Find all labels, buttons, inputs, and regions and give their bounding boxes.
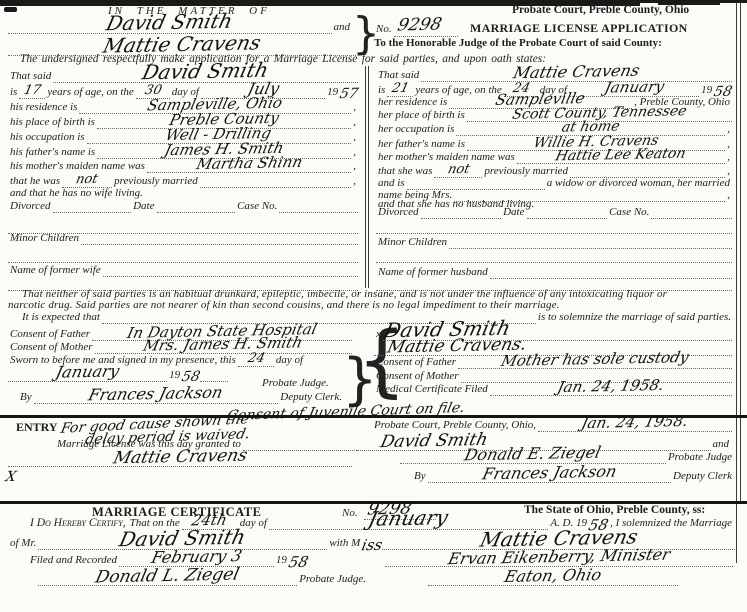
by-label-left: By	[18, 391, 34, 404]
certificate-probate-judge-label: Probate Judge.	[297, 573, 368, 586]
clerk-sig-field-left: Frances Jackson	[34, 389, 279, 404]
bride-name-handwriting: Mattie Cravens	[102, 37, 261, 50]
entry-probate-judge-label: Probate Judge	[666, 451, 734, 464]
license-no-value: 9298	[398, 17, 441, 35]
scanned-marriage-license-document: IN THE MATTER OF David Smith and Mattie …	[0, 0, 747, 612]
entry-deputy-clerk-label: Deputy Clerk	[671, 470, 734, 483]
bride-date-label: Date	[501, 206, 526, 219]
comma: ,	[351, 131, 358, 144]
consent-mother-left-handwriting: Mrs. James H. Smith	[143, 337, 304, 350]
bride-age-field: 21	[387, 83, 413, 97]
sworn-month-field: January	[8, 367, 167, 382]
entry-bride-handwriting: Mattie Cravens	[112, 451, 248, 464]
bride-prev-married-handwriting: not	[446, 165, 470, 175]
groom-name-handwriting: David Smith	[106, 16, 234, 29]
groom-that-said-row: That said David Smith	[8, 66, 358, 83]
bride-father-label: her father's name is	[376, 138, 467, 151]
certificate-judge-signature: Donald L. Ziegel	[95, 570, 240, 583]
groom-name-field-2: David Smith	[53, 66, 358, 83]
groom-former-wife-field	[103, 275, 358, 277]
medical-certificate-row: Medical Certificate Filed Jan. 24, 1958.	[374, 383, 732, 396]
comma: ,	[351, 116, 358, 129]
minister-signature: Ervan Eikenberry, Minister	[447, 550, 671, 565]
groom-mother-row: his mother's maiden name was Martha Shin…	[8, 160, 358, 173]
bride-caseno-field	[651, 217, 732, 219]
bride-blank-line-2	[376, 262, 732, 263]
certificate-judge-field: Donald L. Ziegel	[38, 571, 297, 586]
groom-minor-children-row: Minor Children	[8, 232, 358, 245]
groom-year-printed: 19	[325, 86, 340, 99]
entry-granted-blank-1	[243, 449, 357, 451]
ink-blob	[4, 7, 17, 12]
bride-name-field-2: Mattie Cravens	[421, 67, 732, 82]
bride-month-handwriting: January	[603, 81, 664, 92]
groom-prev-married-handwriting: not	[75, 175, 99, 185]
bride-mother-row: her mother's maiden name was Hattie Lee …	[376, 151, 732, 164]
bride-mother-handwriting: Hattie Lee Keaton	[555, 149, 687, 162]
bride-name-handwriting-2: Mattie Cravens	[513, 66, 641, 79]
sworn-dayof-label: day of	[274, 354, 305, 367]
solemnize-label: is to solemnize the marriage of said par…	[536, 311, 733, 324]
entry-court-label: Probate Court, Preble County, Ohio,	[372, 419, 538, 432]
bride-occupation-handwriting: at home	[561, 121, 621, 132]
groom-divorced-field	[53, 211, 132, 213]
bride-divorced-field	[421, 217, 502, 219]
comma: ,	[725, 151, 732, 164]
groom-residence-label: his residence is	[8, 101, 79, 114]
court-title: Probate Court, Preble County, Ohio	[512, 4, 689, 16]
bride-that-said-label: That said	[376, 69, 421, 82]
groom-is-label: is	[8, 86, 19, 99]
filed-year-handwriting: 58	[288, 557, 309, 567]
comma: ,	[725, 138, 732, 151]
groom-mother-field: Martha Shinn	[147, 158, 351, 173]
consent-father-right-row: Consent of Father Mother has sole custod…	[374, 356, 732, 369]
certificate-place-handwriting: Eaton, Ohio	[504, 570, 603, 582]
filed-label: Filed and Recorded	[28, 554, 119, 567]
license-no-handwriting: 9298	[397, 20, 443, 31]
filed-year-printed: 19	[274, 554, 289, 567]
entry-date-field: Jan. 24, 1958.	[538, 417, 732, 432]
license-no-label: No.	[376, 23, 392, 35]
bride-residence-handwriting: Sampleville	[495, 93, 586, 105]
bride-former-husband-row: Name of former husband	[376, 266, 732, 279]
filed-date-handwriting: February 3	[150, 551, 242, 563]
bride-divorced-label: Divorced	[376, 206, 421, 219]
affidavit-line-2: narcotic drug. Said parties are not near…	[8, 299, 560, 311]
bride-divorced-row: Divorced Date Case No.	[376, 206, 732, 219]
groom-former-wife-row: Name of former wife	[8, 264, 358, 277]
of-mr-label: of Mr.	[8, 537, 38, 550]
comma: ,	[351, 146, 358, 159]
bride-minor-children-label: Minor Children	[376, 236, 449, 249]
groom-date-label: Date	[131, 200, 156, 213]
groom-age-handwriting: 17	[23, 86, 42, 96]
bride-residence-label: her residence is	[376, 96, 449, 109]
consent-mother-left-field: Mrs. James H. Smith	[95, 339, 353, 354]
bride-birthplace-label: her place of birth is	[376, 109, 467, 122]
bride-occupation-label: her occupation is	[376, 123, 456, 136]
entry-x-mark: X	[6, 468, 16, 486]
sworn-month-row: January 19 58	[8, 368, 228, 382]
bride-that-said-row: That said Mattie Cravens	[376, 68, 732, 82]
bride-birthplace-handwriting: Scott County, Tennessee	[511, 106, 687, 120]
groom-day-handwriting: 30	[143, 86, 162, 96]
consent-mother-left-row: Consent of Mother Mrs. James H. Smith	[8, 341, 352, 354]
sworn-day-field: 24	[238, 353, 274, 367]
consent-father-right-handwriting: Mother has sole custody	[500, 352, 689, 366]
comma: ,	[351, 101, 358, 114]
consent-mother-left-label: Consent of Mother	[8, 341, 95, 354]
bride-date-field	[527, 217, 608, 219]
right-border-line-1	[736, 3, 737, 563]
certificate-day-handwriting: 24th	[191, 515, 228, 526]
certificate-groom-handwriting: David Smith	[119, 532, 247, 545]
groom-prev-married-field: not	[62, 174, 112, 188]
with-m-label: with M	[327, 537, 362, 550]
minister-field: Ervan Eikenberry, Minister	[385, 552, 733, 567]
sworn-year-handwriting: 58	[181, 372, 201, 382]
certificate-bride-handwriting: Mattie Cravens	[479, 531, 638, 544]
groom-caseno-field	[279, 211, 358, 213]
certificate-place-row: Eaton, Ohio	[428, 571, 678, 586]
consent-father-right-field: Mother has sole custody	[458, 354, 732, 369]
bride-former-husband-label: Name of former husband	[376, 266, 490, 279]
comma: ,	[725, 189, 732, 202]
iss-handwriting: iss	[361, 540, 384, 550]
deputy-clerk-row-left: By Frances Jackson Deputy Clerk.	[18, 390, 344, 404]
groom-prev-married-blank	[200, 186, 352, 188]
entry-date-handwriting: Jan. 24, 1958.	[581, 416, 690, 428]
clerk-signature-left: Frances Jackson	[88, 388, 224, 401]
salutation: To the Honorable Judge of the Probate Co…	[374, 37, 662, 49]
certify-label: I Do Hereby Certify,	[28, 517, 128, 530]
bride-birthplace-row: her place of birth is Scott County, Tenn…	[376, 109, 732, 122]
entry-clerk-signature: Frances Jackson	[481, 467, 617, 480]
groom-date-field	[157, 211, 236, 213]
groom-occupation-label: his occupation is	[8, 131, 87, 144]
bride-former-husband-field	[490, 277, 732, 279]
filed-row: Filed and Recorded February 3 19 58	[28, 552, 308, 567]
consent-mother-right-label: Consent of Mother	[374, 370, 461, 383]
expected-label: It is expected that	[20, 311, 102, 324]
bride-prev-married-field: not	[434, 164, 482, 178]
bride-mother-field: Hattie Lee Keaton	[517, 150, 725, 164]
certificate-judge-row: Donald L. Ziegel Probate Judge.	[38, 571, 368, 586]
bride-mother-label: her mother's maiden name was	[376, 151, 517, 164]
groom-name-line: David Smith and	[8, 14, 352, 34]
groom-mother-handwriting: Martha Shinn	[195, 157, 303, 169]
entry-clerk-field: Frances Jackson	[428, 468, 671, 483]
groom-birthplace-label: his place of birth is	[8, 116, 97, 129]
groom-father-label: his father's name is	[8, 146, 97, 159]
groom-caseno-label: Case No.	[235, 200, 279, 213]
sworn-year-printed: 19	[167, 369, 182, 382]
groom-minor-children-field	[81, 243, 358, 245]
groom-minor-children-label: Minor Children	[8, 232, 81, 245]
groom-divorced-label: Divorced	[8, 200, 53, 213]
entry-title: ENTRY	[16, 420, 58, 435]
certificate-month-handwriting: January	[368, 512, 449, 524]
groom-years-label: years of age, on the	[45, 86, 135, 99]
medical-certificate-label: Medical Certificate Filed	[374, 383, 490, 396]
groom-former-wife-label: Name of former wife	[8, 264, 103, 277]
groom-year-handwriting: 57	[339, 89, 359, 99]
groom-name-handwriting-2: David Smith	[142, 65, 270, 78]
entry-clerk-row: By Frances Jackson Deputy Clerk	[412, 469, 734, 483]
consent-father-left-label: Consent of Father	[8, 328, 92, 341]
bride-blank-line-1	[376, 233, 732, 234]
bride-signature-handwriting: Mattie Cravens.	[387, 340, 528, 353]
right-border-line-2	[740, 3, 741, 503]
certificate-place-field: Eaton, Ohio	[428, 571, 678, 586]
groom-no-wife-line: and that he has no wife living.	[10, 187, 143, 199]
probate-judge-label-left: Probate Judge.	[262, 377, 329, 389]
sworn-month-handwriting: January	[55, 366, 120, 377]
comma: ,	[725, 123, 732, 136]
certificate-state-line: The State of Ohio, Preble County, ss:	[524, 504, 705, 516]
bride-caseno-label: Case No.	[607, 206, 651, 219]
column-divider-line-1	[365, 66, 366, 288]
entry-court-row: Probate Court, Preble County, Ohio, Jan.…	[372, 419, 732, 432]
application-intro: The undersigned respectfully make applic…	[20, 53, 546, 65]
groom-blank-line-2	[8, 262, 358, 263]
entry-by-label: By	[412, 470, 428, 483]
and-label: and	[332, 21, 353, 34]
groom-signature-handwriting: David Smith	[383, 323, 511, 336]
medical-certificate-field: Jan. 24, 1958.	[490, 381, 732, 396]
column-divider-line-2	[368, 66, 369, 288]
groom-occupation-handwriting: Well - Drilling	[165, 128, 273, 140]
groom-mother-label: his mother's maiden name was	[8, 160, 147, 173]
sworn-label: Sworn to before me and signed in my pres…	[8, 354, 238, 367]
medical-certificate-date-handwriting: Jan. 24, 1958.	[557, 380, 666, 392]
groom-that-said-label: That said	[8, 70, 53, 83]
application-title: MARRIAGE LICENSE APPLICATION	[470, 21, 688, 36]
groom-divorced-row: Divorced Date Case No.	[8, 200, 358, 213]
entry-bride-field: Mattie Cravens	[8, 452, 352, 467]
bride-minor-children-field	[449, 247, 732, 249]
entry-bride-row: Mattie Cravens	[8, 452, 352, 467]
groom-age-field: 17	[19, 85, 45, 99]
entry-judge-signature: Donald E. Ziegel	[464, 448, 602, 461]
entry-judge-field: Donald E. Ziegel	[400, 449, 666, 464]
bride-minor-children-row: Minor Children	[376, 236, 732, 249]
bride-age-handwriting: 21	[391, 84, 410, 94]
entry-x-handwriting: X	[5, 472, 17, 482]
comma: ,	[351, 175, 358, 188]
groom-month-handwriting: July	[246, 84, 279, 95]
minister-row: Ervan Eikenberry, Minister	[385, 552, 733, 567]
sworn-day-handwriting: 24	[246, 354, 265, 364]
comma: ,	[351, 160, 358, 173]
consent-father-right-label: Consent of Father	[374, 356, 458, 369]
